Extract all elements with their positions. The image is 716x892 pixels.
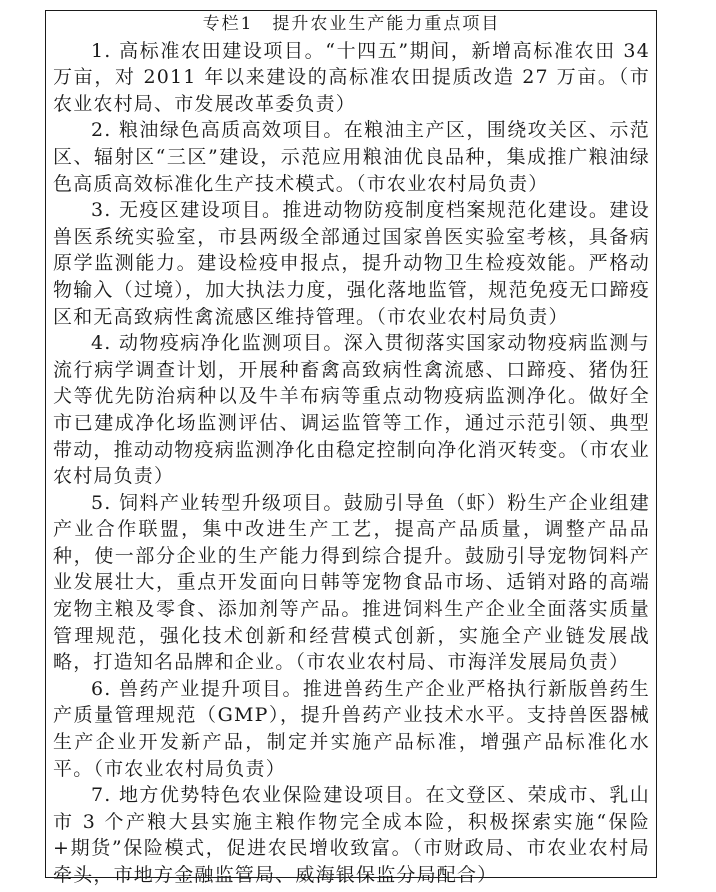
item-1-paragraph: 1. 高标准农田建设项目。“十四五”期间，新增高标准农田 34 万亩，对 201… (53, 38, 650, 118)
item-5-paragraph: 5. 饲料产业转型升级项目。鼓励引导鱼（虾）粉生产企业组建产业合作联盟，集中改进… (53, 490, 650, 676)
item-6-paragraph: 6. 兽药产业提升项目。推进兽药生产企业严格执行新版兽药生产质量管理规范（GMP… (53, 676, 650, 782)
item-7-paragraph: 7. 地方优势特色农业保险建设项目。在文登区、荣成市、乳山市 3 个产粮大县实施… (53, 782, 650, 888)
feature-box: 专栏1 提升农业生产能力重点项目 1. 高标准农田建设项目。“十四五”期间，新增… (45, 10, 657, 878)
box-title: 专栏1 提升农业生产能力重点项目 (53, 11, 650, 38)
item-3-paragraph: 3. 无疫区建设项目。推进动物防疫制度档案规范化建设。建设兽医系统实验室，市县两… (53, 197, 650, 330)
item-2-paragraph: 2. 粮油绿色高质高效项目。在粮油主产区，围绕攻关区、示范区、辐射区“三区”建设… (53, 117, 650, 197)
item-4-paragraph: 4. 动物疫病净化监测项目。深入贯彻落实国家动物疫病监测与流行病学调查计划，开展… (53, 330, 650, 490)
